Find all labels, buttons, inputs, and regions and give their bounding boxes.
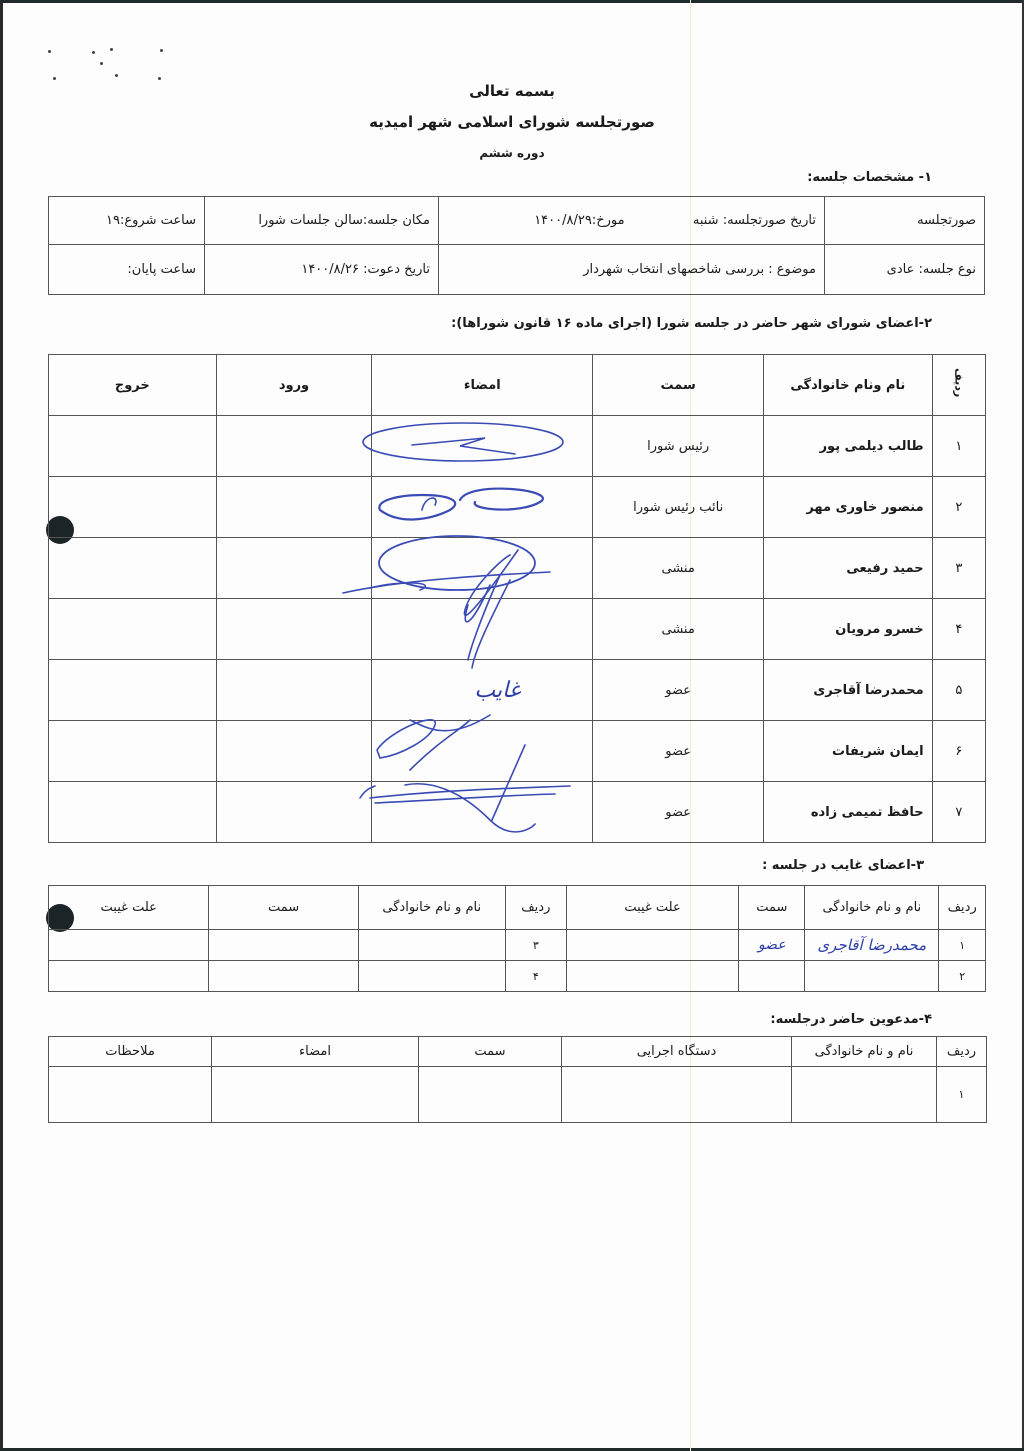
member-position: عضو xyxy=(593,721,764,782)
absent-position: عضو xyxy=(739,930,805,961)
member-entry xyxy=(216,721,372,782)
member-position: عضو xyxy=(593,782,764,843)
member-position: رئیس شورا xyxy=(593,416,764,477)
invitee-col-position: سمت xyxy=(419,1037,562,1067)
scan-edge-top xyxy=(0,0,1024,3)
absent-name xyxy=(358,961,505,992)
member-exit xyxy=(49,538,217,599)
member-row-number: ۲ xyxy=(932,477,985,538)
details-row-2: نوع جلسه: عادی موضوع : بررسی شاخصهای انت… xyxy=(49,245,985,295)
member-exit xyxy=(49,477,217,538)
minutes-date-cell: تاریخ صورتجلسه: شنبه مورخ:۱۴۰۰/۸/۲۹ xyxy=(439,197,825,245)
member-signature xyxy=(372,721,593,782)
member-name: خسرو مرویان xyxy=(764,599,933,660)
invitee-agency xyxy=(562,1067,792,1123)
member-signature xyxy=(372,599,593,660)
member-row-number: ۴ xyxy=(932,599,985,660)
member-row-number: ۳ xyxy=(932,538,985,599)
invitee-col-signature: امضاء xyxy=(212,1037,419,1067)
member-name: محمدرضا آقاجری xyxy=(764,660,933,721)
invite-date: تاریخ دعوت: ۱۴۰۰/۸/۲۶ xyxy=(205,245,439,295)
member-name: حمید رفیعی xyxy=(764,538,933,599)
member-position: منشی xyxy=(593,538,764,599)
member-signature xyxy=(372,538,593,599)
meeting-subject: موضوع : بررسی شاخصهای انتخاب شهردار xyxy=(439,245,825,295)
meeting-type: نوع جلسه: عادی xyxy=(825,245,985,295)
member-row: ۵ محمدرضا آقاجری عضو غایب xyxy=(49,660,986,721)
minutes-dated: مورخ:۱۴۰۰/۸/۲۹ xyxy=(534,213,624,228)
member-position: منشی xyxy=(593,599,764,660)
invitee-row-number: ۱ xyxy=(937,1067,987,1123)
member-signature: غایب xyxy=(372,660,593,721)
start-time: ساعت شروع:۱۹ xyxy=(49,197,205,245)
member-name: طالب دیلمی پور xyxy=(764,416,933,477)
absent-row-number: ۲ xyxy=(939,961,986,992)
col-name-header: نام ونام خانوادگی xyxy=(764,355,933,416)
absent-col-position: سمت xyxy=(739,886,805,930)
col-exit-header: خروج xyxy=(49,355,217,416)
section4-title: ۴-مدعوین حاضر درجلسه: xyxy=(770,1012,932,1027)
invitee-col-row: ردیف xyxy=(937,1037,987,1067)
member-row: ۳ حمید رفیعی منشی xyxy=(49,538,986,599)
absent-name: محمدرضا آقاجری xyxy=(805,930,939,961)
absent-handwritten-note: غایب xyxy=(444,678,520,703)
member-row-number: ۵ xyxy=(932,660,985,721)
end-time: ساعت پایان: xyxy=(49,245,205,295)
absent-col-reason: علت غیبت xyxy=(566,886,739,930)
member-exit xyxy=(49,782,217,843)
invitee-position xyxy=(419,1067,562,1123)
member-signature xyxy=(372,477,593,538)
member-exit xyxy=(49,599,217,660)
member-entry xyxy=(216,599,372,660)
absent-col-position-2: سمت xyxy=(209,886,358,930)
member-signature xyxy=(372,416,593,477)
meeting-location: مکان جلسه:سالن جلسات شورا xyxy=(205,197,439,245)
absent-name xyxy=(805,961,939,992)
member-row-number: ۷ xyxy=(932,782,985,843)
invitee-col-agency: دستگاه اجرایی xyxy=(562,1037,792,1067)
absent-col-reason-2: علت غیبت xyxy=(49,886,209,930)
member-name: حافظ تمیمی زاده xyxy=(764,782,933,843)
invitee-name xyxy=(792,1067,937,1123)
absent-col-row-2: ردیف xyxy=(505,886,566,930)
absent-col-name: نام و نام خانوادگی xyxy=(805,886,939,930)
absent-row: ۱ محمدرضا آقاجری عضو ۳ xyxy=(49,930,986,961)
absent-col-name-2: نام و نام خانوادگی xyxy=(358,886,505,930)
member-exit xyxy=(49,416,217,477)
present-members-table: ردیف نام ونام خانوادگی سمت امضاء ورود خر… xyxy=(48,354,986,843)
minutes-date-label: تاریخ صورتجلسه: شنبه xyxy=(693,213,816,228)
absent-position xyxy=(209,961,358,992)
absent-row-number: ۴ xyxy=(505,961,566,992)
section3-title: ۳-اعضای غایب در جلسه : xyxy=(762,858,924,873)
member-row: ۴ خسرو مرویان منشی xyxy=(49,599,986,660)
member-row: ۶ ایمان شریفات عضو xyxy=(49,721,986,782)
invocation: بسمه تعالی xyxy=(0,82,1024,100)
absent-position xyxy=(209,930,358,961)
col-position-header: سمت xyxy=(593,355,764,416)
member-row-number: ۶ xyxy=(932,721,985,782)
member-signature xyxy=(372,782,593,843)
col-entry-header: ورود xyxy=(216,355,372,416)
absent-col-row: ردیف xyxy=(939,886,986,930)
absent-header-row: ردیف نام و نام خانوادگی سمت علت غیبت ردی… xyxy=(49,886,986,930)
absent-reason xyxy=(566,961,739,992)
member-row-number: ۱ xyxy=(932,416,985,477)
member-entry xyxy=(216,416,372,477)
invitee-col-notes: ملاحظات xyxy=(49,1037,212,1067)
absent-row: ۲ ۴ xyxy=(49,961,986,992)
invitee-col-name: نام و نام خانوادگی xyxy=(792,1037,937,1067)
absent-row-number: ۳ xyxy=(505,930,566,961)
member-entry xyxy=(216,477,372,538)
col-signature-header: امضاء xyxy=(372,355,593,416)
section1-title: ۱- مشخصات جلسه: xyxy=(807,170,932,185)
council-term: دوره ششم xyxy=(0,146,1024,160)
meeting-details-table: صورتجلسه تاریخ صورتجلسه: شنبه مورخ:۱۴۰۰/… xyxy=(48,196,985,295)
member-entry xyxy=(216,538,372,599)
invitee-signature xyxy=(212,1067,419,1123)
invitee-notes xyxy=(49,1067,212,1123)
details-row-1: صورتجلسه تاریخ صورتجلسه: شنبه مورخ:۱۴۰۰/… xyxy=(49,197,985,245)
member-exit xyxy=(49,660,217,721)
member-row: ۷ حافظ تمیمی زاده عضو xyxy=(49,782,986,843)
present-header-row: ردیف نام ونام خانوادگی سمت امضاء ورود خر… xyxy=(49,355,986,416)
absent-members-table: ردیف نام و نام خانوادگی سمت علت غیبت ردی… xyxy=(48,885,986,992)
absent-reason xyxy=(49,930,209,961)
invitees-header-row: ردیف نام و نام خانوادگی دستگاه اجرایی سم… xyxy=(49,1037,987,1067)
section2-title: ۲-اعضای شورای شهر حاضر در جلسه شورا (اجر… xyxy=(451,316,932,331)
absent-reason xyxy=(566,930,739,961)
member-name: منصور خاوری مهر xyxy=(764,477,933,538)
member-entry xyxy=(216,782,372,843)
member-row: ۲ منصور خاوری مهر نائب رئیس شورا xyxy=(49,477,986,538)
absent-reason xyxy=(49,961,209,992)
member-position: نائب رئیس شورا xyxy=(593,477,764,538)
scan-edge-left xyxy=(0,0,3,1451)
minutes-label: صورتجلسه xyxy=(825,197,985,245)
member-name: ایمان شریفات xyxy=(764,721,933,782)
document-title: صورتجلسه شورای اسلامی شهر امیدیه xyxy=(0,113,1024,131)
absent-position xyxy=(739,961,805,992)
col-row-header: ردیف xyxy=(932,355,985,416)
member-entry xyxy=(216,660,372,721)
member-position: عضو xyxy=(593,660,764,721)
absent-name xyxy=(358,930,505,961)
invitee-row: ۱ xyxy=(49,1067,987,1123)
member-row: ۱ طالب دیلمی پور رئیس شورا xyxy=(49,416,986,477)
member-exit xyxy=(49,721,217,782)
absent-row-number: ۱ xyxy=(939,930,986,961)
invitees-table: ردیف نام و نام خانوادگی دستگاه اجرایی سم… xyxy=(48,1036,987,1123)
